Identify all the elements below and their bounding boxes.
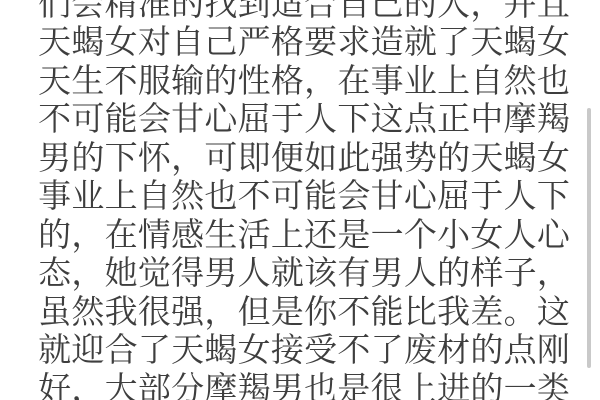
text-char: 己 (371, 0, 404, 20)
text-char: 蝎 (71, 25, 104, 58)
text-char: 人 (437, 0, 470, 20)
text-char: 生 (71, 64, 104, 97)
text-char: 精 (105, 0, 138, 20)
text-char: 男 (271, 372, 304, 400)
text-line: 就迎合了天蝎女接受不了废材的点刚 (38, 331, 570, 370)
text-char: ， (304, 64, 337, 97)
text-char: 态 (38, 256, 71, 289)
text-line: 事业上自然也不可能会甘心屈于人下 (38, 177, 570, 216)
text-char: 甘 (371, 179, 404, 212)
text-char: 的 (470, 372, 503, 400)
text-line: 好，大部分摩羯男也是很上进的一类 (38, 369, 570, 400)
text-char: 不 (238, 179, 271, 212)
article-text: 们会精准的找到适合自己的人，并且天蝎女对自己严格要求造就了天蝎女天生不服输的性格… (38, 0, 570, 400)
text-char: 然 (504, 64, 537, 97)
text-char: 这 (371, 102, 404, 135)
text-char: 的 (437, 141, 470, 174)
text-char: 自 (337, 0, 370, 20)
text-line: 们会精准的找到适合自己的人，并且 (38, 0, 570, 23)
text-char: 适 (271, 0, 304, 20)
text-char: 不 (337, 333, 370, 366)
text-char: 比 (404, 295, 437, 328)
text-char: 一 (504, 372, 537, 400)
text-char: 自 (138, 179, 171, 212)
text-char: 我 (105, 295, 138, 328)
text-char: 对 (138, 25, 171, 58)
text-char: 屈 (437, 179, 470, 212)
text-line: 虽然我很强，但是你不能比我差。这 (38, 292, 570, 331)
text-char: 此 (337, 141, 370, 174)
text-char: 怀 (138, 141, 171, 174)
text-char: 情 (138, 218, 171, 251)
text-char: 不 (105, 64, 138, 97)
text-char: 准 (138, 0, 171, 20)
text-char: 合 (304, 0, 337, 20)
text-char: 该 (304, 256, 337, 289)
text-char: 严 (238, 25, 271, 58)
text-char: 性 (238, 64, 271, 97)
text-char: 点 (404, 102, 437, 135)
text-char: 有 (337, 256, 370, 289)
text-char: 人 (304, 102, 337, 135)
text-char: 分 (171, 372, 204, 400)
text-char: 正 (437, 102, 470, 135)
text-char: 屈 (238, 102, 271, 135)
text-char: 女 (470, 218, 503, 251)
text-char: 生 (204, 218, 237, 251)
text-char: 了 (138, 333, 171, 366)
text-char: 也 (204, 179, 237, 212)
text-char: 找 (204, 0, 237, 20)
text-char: 心 (537, 218, 570, 251)
text-char: 蝎 (504, 25, 537, 58)
text-char: 一 (371, 218, 404, 251)
text-char: 了 (371, 333, 404, 366)
text-char: 点 (504, 333, 537, 366)
text-char: 子 (504, 256, 537, 289)
text-char: 于 (470, 179, 503, 212)
text-char: ， (171, 141, 204, 174)
text-char: 甘 (171, 102, 204, 135)
text-char: 的 (437, 256, 470, 289)
text-char: 下 (537, 179, 570, 212)
text-char: 迎 (71, 333, 104, 366)
text-char: 自 (171, 25, 204, 58)
text-char: 男 (204, 256, 237, 289)
text-char: 会 (337, 179, 370, 212)
text-char: 人 (504, 218, 537, 251)
text-char: 事 (371, 64, 404, 97)
text-char: 造 (371, 25, 404, 58)
text-char: 的 (204, 64, 237, 97)
text-char: 格 (271, 64, 304, 97)
text-char: 格 (271, 25, 304, 58)
text-char: 上 (437, 64, 470, 97)
text-line: 的，在情感生活上还是一个小女人心 (38, 215, 570, 254)
text-char: 能 (304, 179, 337, 212)
text-char: 也 (304, 372, 337, 400)
text-char: 的 (38, 218, 71, 251)
text-char: 活 (238, 218, 271, 251)
scrollbar-thumb[interactable] (587, 108, 591, 368)
text-char: ， (71, 256, 104, 289)
text-char: 是 (271, 295, 304, 328)
text-char: 天 (171, 333, 204, 366)
text-char: 的 (71, 141, 104, 174)
text-char: 的 (470, 333, 503, 366)
text-char: 要 (304, 25, 337, 58)
text-char: 天 (38, 64, 71, 97)
text-char: 蝎 (204, 333, 237, 366)
text-char: 并 (504, 0, 537, 20)
text-char: 在 (337, 64, 370, 97)
text-char: 也 (537, 64, 570, 97)
text-line: 男的下怀，可即便如此强势的天蝎女 (38, 138, 570, 177)
text-char: 就 (404, 25, 437, 58)
text-char: 即 (238, 141, 271, 174)
text-char: 男 (371, 256, 404, 289)
text-char: 业 (404, 64, 437, 97)
text-line: 天蝎女对自己严格要求造就了天蝎女 (38, 23, 570, 62)
text-char: 自 (470, 64, 503, 97)
text-char: 天 (470, 25, 503, 58)
text-char: 虽 (38, 295, 71, 328)
text-char: 且 (537, 0, 570, 20)
text-char: 蝎 (504, 141, 537, 174)
text-char: 大 (105, 372, 138, 400)
text-char: 天 (38, 25, 71, 58)
text-char: 类 (537, 372, 570, 400)
text-char: 然 (71, 295, 104, 328)
text-char: 人 (404, 256, 437, 289)
text-char: 上 (404, 372, 437, 400)
text-char: 人 (238, 256, 271, 289)
text-char: 天 (470, 141, 503, 174)
text-char: 便 (271, 141, 304, 174)
text-char: 是 (337, 372, 370, 400)
text-char: ， (470, 0, 503, 20)
text-char: 己 (204, 25, 237, 58)
text-char: 受 (304, 333, 337, 366)
text-char: ， (71, 218, 104, 251)
text-char: 心 (404, 179, 437, 212)
text-char: 会 (71, 0, 104, 20)
text-char: 合 (105, 333, 138, 366)
text-char: 服 (138, 64, 171, 97)
text-char: 求 (337, 25, 370, 58)
text-char: 这 (537, 295, 570, 328)
text-char: 业 (71, 179, 104, 212)
text-char: 就 (271, 256, 304, 289)
text-char: 小 (437, 218, 470, 251)
text-char: ， (71, 372, 104, 400)
text-char: 样 (470, 256, 503, 289)
text-char: 羯 (238, 372, 271, 400)
text-char: 在 (105, 218, 138, 251)
text-char: 还 (304, 218, 337, 251)
text-char: 了 (437, 25, 470, 58)
text-char: 强 (171, 295, 204, 328)
text-char: 得 (171, 256, 204, 289)
text-char: 的 (171, 0, 204, 20)
text-char: 们 (38, 0, 71, 20)
text-char: 你 (304, 295, 337, 328)
text-char: 差 (470, 295, 503, 328)
text-char: 好 (38, 372, 71, 400)
text-char: 上 (105, 179, 138, 212)
text-char: 。 (504, 295, 537, 328)
text-char: 羯 (537, 102, 570, 135)
text-char: 我 (437, 295, 470, 328)
text-char: 女 (537, 141, 570, 174)
text-char: 然 (171, 179, 204, 212)
text-char: 女 (238, 333, 271, 366)
text-line: 天生不服输的性格，在事业上自然也 (38, 61, 570, 100)
text-char: 摩 (204, 372, 237, 400)
text-char: 进 (437, 372, 470, 400)
text-char: 于 (271, 102, 304, 135)
text-char: 但 (238, 295, 271, 328)
text-char: 不 (337, 295, 370, 328)
text-line: 态，她觉得男人就该有男人的样子， (38, 254, 570, 293)
text-char: 很 (371, 372, 404, 400)
text-char: 到 (238, 0, 271, 20)
text-char: 心 (204, 102, 237, 135)
text-char: 可 (271, 179, 304, 212)
text-char: 女 (105, 25, 138, 58)
text-line: 不可能会甘心屈于人下这点正中摩羯 (38, 100, 570, 139)
text-char: 上 (271, 218, 304, 251)
text-char: 的 (404, 0, 437, 20)
text-char: 部 (138, 372, 171, 400)
text-char: 不 (38, 102, 71, 135)
text-char: 事 (38, 179, 71, 212)
text-char: 她 (105, 256, 138, 289)
text-char: 人 (504, 179, 537, 212)
text-char: 觉 (138, 256, 171, 289)
text-char: 女 (537, 25, 570, 58)
text-char: 可 (71, 102, 104, 135)
text-char: 可 (204, 141, 237, 174)
text-char: 强 (371, 141, 404, 174)
text-char: 男 (38, 141, 71, 174)
text-char: 很 (138, 295, 171, 328)
text-char: 能 (371, 295, 404, 328)
text-char: 势 (404, 141, 437, 174)
text-char: 输 (171, 64, 204, 97)
text-char: 刚 (537, 333, 570, 366)
text-char: 是 (337, 218, 370, 251)
text-char: 就 (38, 333, 71, 366)
text-char: 如 (304, 141, 337, 174)
text-char: ， (537, 256, 570, 289)
text-char: 个 (404, 218, 437, 251)
text-char: 下 (337, 102, 370, 135)
text-char: 材 (437, 333, 470, 366)
text-char: 会 (138, 102, 171, 135)
page: 们会精准的找到适合自己的人，并且天蝎女对自己严格要求造就了天蝎女天生不服输的性格… (0, 0, 600, 400)
text-char: 废 (404, 333, 437, 366)
text-char: 下 (105, 141, 138, 174)
text-char: 感 (171, 218, 204, 251)
text-char: ， (204, 295, 237, 328)
text-char: 摩 (504, 102, 537, 135)
text-char: 能 (105, 102, 138, 135)
text-char: 中 (470, 102, 503, 135)
text-char: 接 (271, 333, 304, 366)
